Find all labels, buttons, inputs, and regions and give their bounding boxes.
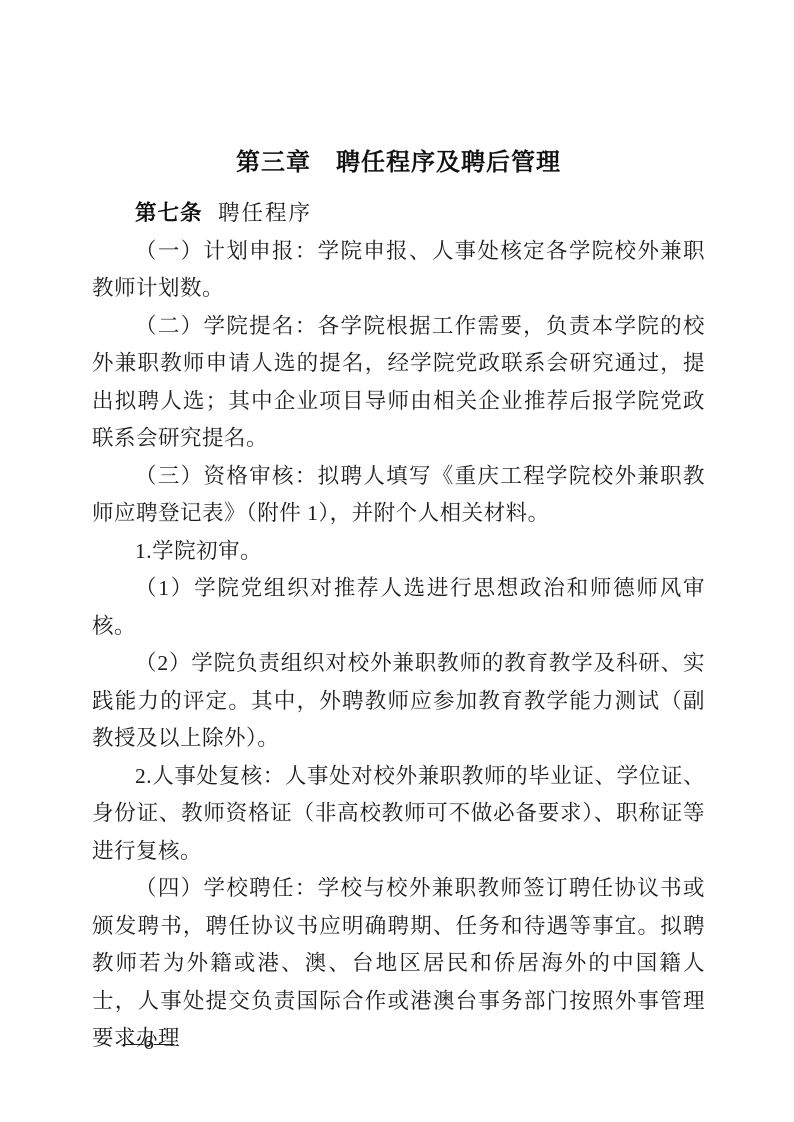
document-page: 第三章 聘任程序及聘后管理 第七条聘任程序 （一）计划申报：学院申报、人事处核定… bbox=[0, 0, 794, 1122]
paragraph-item-3: （三）资格审核：拟聘人填写《重庆工程学院校外兼职教师应聘登记表》（附件 1），并… bbox=[92, 458, 705, 533]
paragraph-subitem-2: 2.人事处复核：人事处对校外兼职教师的毕业证、学位证、身份证、教师资格证（非高校… bbox=[92, 758, 705, 871]
article-number: 第七条 bbox=[135, 201, 203, 225]
paragraph-item-1: （一）计划申报：学院申报、人事处核定各学院校外兼职教师计划数。 bbox=[92, 233, 705, 308]
paragraph-item-4: （四）学校聘任：学校与校外兼职教师签订聘任协议书或颁发聘书，聘任协议书应明确聘期… bbox=[92, 870, 705, 1058]
paragraph-item-2: （二）学院提名：各学院根据工作需要，负责本学院的校外兼职教师申请人选的提名，经学… bbox=[92, 308, 705, 458]
article-line: 第七条聘任程序 bbox=[92, 195, 705, 233]
paragraph-subitem-1: 1.学院初审。 bbox=[92, 533, 705, 571]
paragraph-subitem-1-1: （1）学院党组织对推荐人选进行思想政治和师德师风审核。 bbox=[92, 570, 705, 645]
paragraph-subitem-1-2: （2）学院负责组织对校外兼职教师的教育教学及科研、实践能力的评定。其中，外聘教师… bbox=[92, 645, 705, 758]
page-number: —6— bbox=[123, 1030, 174, 1056]
article-title: 聘任程序 bbox=[218, 201, 312, 225]
chapter-heading: 第三章 聘任程序及聘后管理 bbox=[92, 147, 705, 179]
document-body: 第三章 聘任程序及聘后管理 第七条聘任程序 （一）计划申报：学院申报、人事处核定… bbox=[92, 147, 705, 1058]
